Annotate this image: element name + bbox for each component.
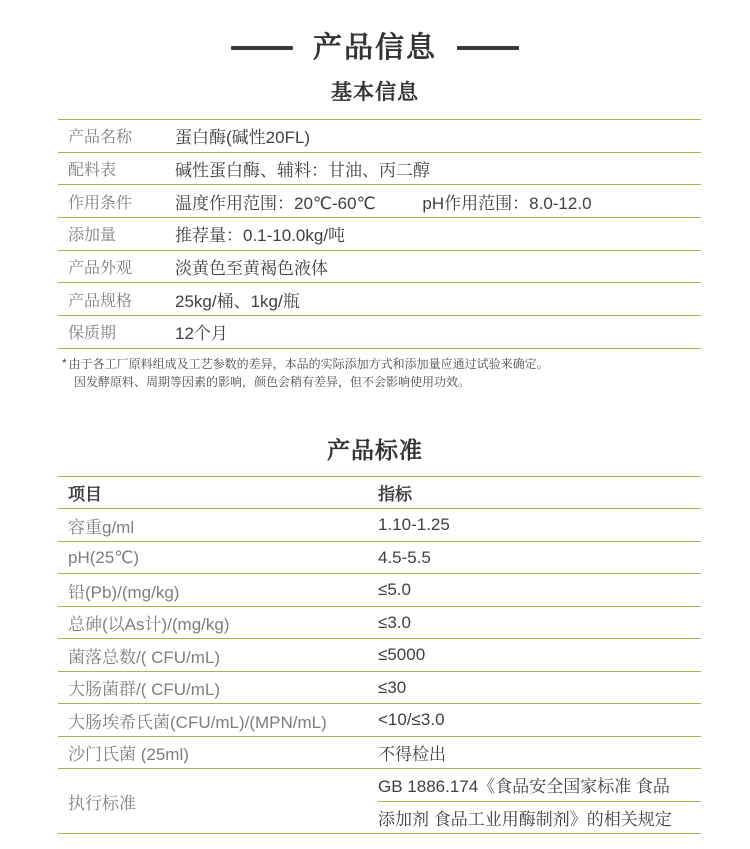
standards-title: 产品标准 [0,435,750,465]
row-value: 不得检出 [378,740,446,765]
row-value: 25kg/桶、1kg/瓶 [175,287,300,312]
title-dash-right-icon [457,46,519,50]
product-info-page: 产品信息 基本信息 产品名称 蛋白酶(碱性20FL) 配料表 碱性蛋白酶、辅料：… [0,0,750,849]
row-label: 作用条件 [58,190,175,213]
row-value: 推荐量：0.1-10.0kg/吨 [175,221,345,246]
table-row: 铅(Pb)/(mg/kg) ≤5.0 [58,574,701,607]
row-value-multiline: GB 1886.174《食品安全国家标准 食品 添加剂 食品工业用酶制剂》的相关… [378,769,701,833]
asterisk-marker: * [62,356,67,370]
table-row: 沙门氏菌 (25ml) 不得检出 [58,737,701,770]
table-row: 大肠菌群/( CFU/mL) ≤30 [58,672,701,705]
basic-info-title: 基本信息 [0,80,750,106]
table-row: 产品规格 25kg/桶、1kg/瓶 [58,283,701,316]
exec-standard-line-1: GB 1886.174《食品安全国家标准 食品 [378,769,701,801]
table-row: 作用条件 温度作用范围：20℃-60℃ pH作用范围：8.0-12.0 [58,185,701,218]
table-row: 保质期 12个月 [58,316,701,349]
row-value: ≤30 [378,678,406,698]
row-label: 保质期 [58,320,175,343]
page-title: 产品信息 [313,30,437,66]
row-value: 淡黄色至黄褐色液体 [175,254,328,279]
row-value: ≤5.0 [378,580,411,600]
table-row: 配料表 碱性蛋白酶、辅料：甘油、丙二醇 [58,153,701,186]
footnote-line-1: *由于各工厂原料组成及工艺参数的差异，本品的实际添加方式和添加量应通过试验来确定… [62,354,710,374]
row-value: <10/≤3.0 [378,710,445,730]
table-row: pH(25℃) 4.5-5.5 [58,542,701,575]
row-value: ≤3.0 [378,613,411,633]
table-row: 总砷(以As计)/(mg/kg) ≤3.0 [58,607,701,640]
row-label: 配料表 [58,157,175,180]
row-label: 大肠埃希氏菌(CFU/mL)/(MPN/mL) [58,708,378,733]
table-row: 产品名称 蛋白酶(碱性20FL) [58,120,701,153]
table-row-exec-standard: 执行标准 GB 1886.174《食品安全国家标准 食品 添加剂 食品工业用酶制… [58,769,701,834]
row-label: 铅(Pb)/(mg/kg) [58,578,378,603]
row-label: 添加量 [58,222,175,245]
row-label: 总砷(以As计)/(mg/kg) [58,610,378,635]
row-value: 1.10-1.25 [378,515,450,535]
row-value: 12个月 [175,319,228,344]
table-row: 菌落总数/( CFU/mL) ≤5000 [58,639,701,672]
row-label: 执行标准 [58,769,378,833]
main-title-row: 产品信息 [0,0,750,66]
row-label: 容重g/ml [58,513,378,538]
column-header-item: 项目 [58,480,378,505]
table-row: 添加量 推荐量：0.1-10.0kg/吨 [58,218,701,251]
row-label: 产品外观 [58,255,175,278]
footnote: *由于各工厂原料组成及工艺参数的差异，本品的实际添加方式和添加量应通过试验来确定… [62,354,710,392]
row-value: 蛋白酶(碱性20FL) [175,123,310,148]
column-header-value: 指标 [378,480,412,505]
table-row: 容重g/ml 1.10-1.25 [58,509,701,542]
row-value: ≤5000 [378,645,425,665]
title-dash-left-icon [231,46,293,50]
footnote-text-1: 由于各工厂原料组成及工艺参数的差异，本品的实际添加方式和添加量应通过试验来确定。 [69,357,549,371]
footnote-line-2: 因发酵原料、周期等因素的影响，颜色会稍有差异，但不会影响使用功效。 [62,373,710,392]
row-label: 菌落总数/( CFU/mL) [58,643,378,668]
exec-standard-line-2: 添加剂 食品工业用酶制剂》的相关规定 [378,802,701,833]
row-label: 产品名称 [58,124,175,147]
ph-range: pH作用范围：8.0-12.0 [422,194,591,213]
table-header-row: 项目 指标 [58,477,701,510]
basic-info-table: 产品名称 蛋白酶(碱性20FL) 配料表 碱性蛋白酶、辅料：甘油、丙二醇 作用条… [58,119,701,349]
row-label: 产品规格 [58,288,175,311]
temperature-range: 温度作用范围：20℃-60℃ [175,194,376,213]
row-value: 碱性蛋白酶、辅料：甘油、丙二醇 [175,156,430,181]
standards-table: 项目 指标 容重g/ml 1.10-1.25 pH(25℃) 4.5-5.5 铅… [58,476,701,834]
table-row: 大肠埃希氏菌(CFU/mL)/(MPN/mL) <10/≤3.0 [58,704,701,737]
row-label: 沙门氏菌 (25ml) [58,740,378,765]
row-label: pH(25℃) [58,548,378,568]
row-label: 大肠菌群/( CFU/mL) [58,675,378,700]
table-row: 产品外观 淡黄色至黄褐色液体 [58,251,701,284]
row-value: 温度作用范围：20℃-60℃ pH作用范围：8.0-12.0 [175,189,592,214]
row-value: 4.5-5.5 [378,548,431,568]
